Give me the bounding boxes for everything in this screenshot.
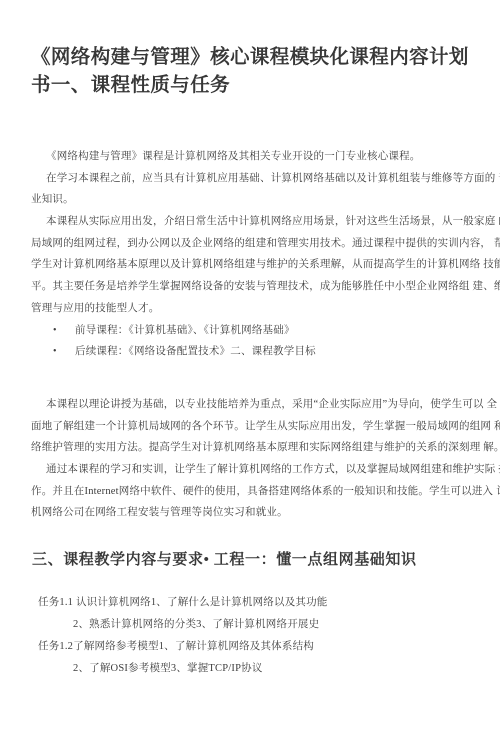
course-intro-section: 《网络构建与管理》课程是计算机网络及其相关专业开设的一门专业核心课程。 在学习本… — [31, 146, 477, 363]
section-heading: 三、课程教学内容与要求• 工程一：懂一点组网基础知识 — [32, 549, 472, 571]
paragraph-line: 平。其主要任务是培养学生掌握网络设备的安装与管理技术，成为能够胜任中小型企业网络… — [31, 276, 477, 298]
task-subline: 2、了解OSI参考模型3、掌握TCP/IP协议 — [38, 658, 468, 680]
document-title: 《网络构建与管理》核心课程模块化课程内容计划 书一、课程性质与任务 — [31, 44, 487, 99]
bullet-list-item: •前导课程：《计算机基础》、《计算机网络基础》 — [31, 320, 477, 342]
bullet-icon: • — [53, 341, 75, 363]
paragraph-line: 在学习本课程之前，应当具有计算机应用基础、计算机网络基础以及计算机组装与维修等方… — [31, 168, 477, 190]
paragraph-line: 本课程从实际应用出发，介绍日常生活中计算机网络应用场景，针对这些生活场景，从一般… — [31, 211, 477, 233]
task-line: 任务1.2了解网络参考模型1、了解计算机网络及其体系结构 — [38, 636, 468, 658]
paragraph-line: 本课程以理论讲授为基础，以专业技能培养为重点，采用“企业实际应用”为导向，使学生… — [31, 394, 477, 416]
task-list-section: 任务1.1 认识计算机网络1、了解什么是计算机网络以及其功能 2、熟悉计算机网络… — [38, 592, 468, 680]
paragraph-line: 《网络构建与管理》课程是计算机网络及其相关专业开设的一门专业核心课程。 — [31, 146, 477, 168]
bullet-list-item: •后续课程：《网络设备配置技术》二、课程教学目标 — [31, 341, 477, 363]
paragraph-line: 络维护管理的实用方法。提高学生对计算机网络基本原理和实际网络组建与维护的关系的深… — [31, 437, 477, 459]
paragraph-line: 面地了解组建一个计算机局域网的各个环节。让学生从实际应用出发，学生掌握一般局域网… — [31, 416, 477, 438]
paragraph-line: 通过本课程的学习和实训，让学生了解计算机网络的工作方式，以及掌握局域网组建和维护… — [31, 459, 477, 481]
task-line: 任务1.1 认识计算机网络1、了解什么是计算机网络以及其功能 — [38, 592, 468, 614]
document-page: 《网络构建与管理》核心课程模块化课程内容计划 书一、课程性质与任务 《网络构建与… — [0, 0, 500, 741]
teaching-goals-section: 本课程以理论讲授为基础，以专业技能培养为重点，采用“企业实际应用”为导向，使学生… — [31, 394, 477, 524]
paragraph-line: 学生对计算机网络基本原理以及计算机网络组建与维护的关系理解，从而提高学生的计算机… — [31, 254, 477, 276]
title-line: 书一、课程性质与任务 — [31, 72, 487, 100]
title-line: 《网络构建与管理》核心课程模块化课程内容计划 — [31, 44, 487, 72]
paragraph-line: 作。并且在Internet网络中软件、硬件的使用，具备搭建网络体系的一般知识和技… — [31, 481, 477, 503]
paragraph-line: 局域网的组网过程，到办公网以及企业网络的组建和管理实用技术。通过课程中提供的实训… — [31, 233, 477, 255]
task-subline: 2、熟悉计算机网络的分类3、了解计算机网络开展史 — [38, 614, 468, 636]
paragraph-line: 业知识。 — [31, 189, 477, 211]
bullet-text: 后续课程：《网络设备配置技术》二、课程教学目标 — [75, 346, 316, 357]
paragraph-line: 机网络公司在网络工程安装与管理等岗位实习和就业。 — [31, 502, 477, 524]
bullet-icon: • — [53, 320, 75, 342]
paragraph-line: 管理与应用的技能型人才。 — [31, 298, 477, 320]
bullet-text: 前导课程：《计算机基础》、《计算机网络基础》 — [75, 325, 295, 336]
